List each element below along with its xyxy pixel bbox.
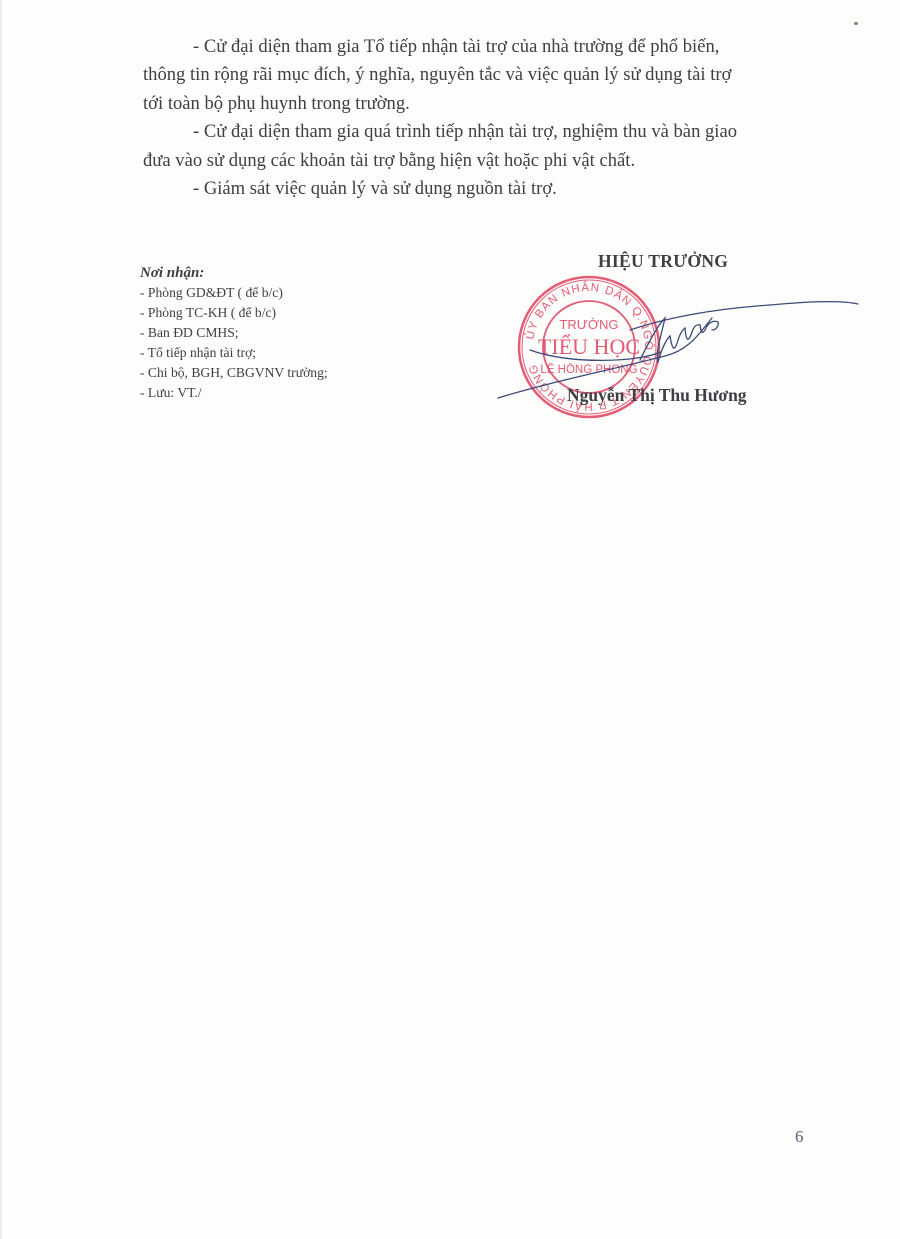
recipient-item: - Chi bộ, BGH, CBGVNV trường;	[140, 363, 328, 383]
signer-name: Nguyễn Thị Thu Hương	[567, 385, 747, 406]
text-line: - Giám sát việc quản lý và sử dụng nguồn…	[143, 175, 803, 203]
recipient-item: - Phòng GD&ĐT ( để b/c)	[140, 283, 328, 303]
paragraph-representatives: - Cử đại diện tham gia Tổ tiếp nhận tài …	[143, 33, 803, 118]
recipient-item: - Lưu: VT./	[140, 383, 328, 403]
recipient-item: - Ban ĐD CMHS;	[140, 323, 328, 343]
text-line: - Cử đại diện tham gia quá trình tiếp nh…	[143, 118, 803, 146]
text-line: - Cử đại diện tham gia Tổ tiếp nhận tài …	[143, 33, 803, 61]
signer-title: HIỆU TRƯỞNG	[598, 251, 728, 272]
paragraph-acceptance: - Cử đại diện tham gia quá trình tiếp nh…	[143, 118, 803, 175]
recipients-title: Nơi nhận:	[140, 263, 328, 283]
page-number: 6	[795, 1127, 804, 1147]
text-line: tới toàn bộ phụ huynh trong trường.	[143, 90, 803, 118]
recipient-item: - Tổ tiếp nhận tài trợ;	[140, 343, 328, 363]
document-body: - Cử đại diện tham gia Tổ tiếp nhận tài …	[143, 33, 803, 203]
text-line: thông tin rộng rãi mục đích, ý nghĩa, ng…	[143, 61, 803, 89]
scan-edge	[0, 0, 3, 1239]
recipient-item: - Phòng TC-KH ( để b/c)	[140, 303, 328, 323]
signature-block: HIỆU TRƯỞNG ỦY BAN NHÂN DÂN Q.NGÔ QUYỀN …	[520, 248, 880, 418]
recipients-block: Nơi nhận: - Phòng GD&ĐT ( để b/c) - Phòn…	[140, 263, 328, 403]
scan-speck	[854, 22, 858, 25]
text-line: đưa vào sử dụng các khoản tài trợ bằng h…	[143, 147, 803, 175]
paragraph-supervision: - Giám sát việc quản lý và sử dụng nguồn…	[143, 175, 803, 203]
